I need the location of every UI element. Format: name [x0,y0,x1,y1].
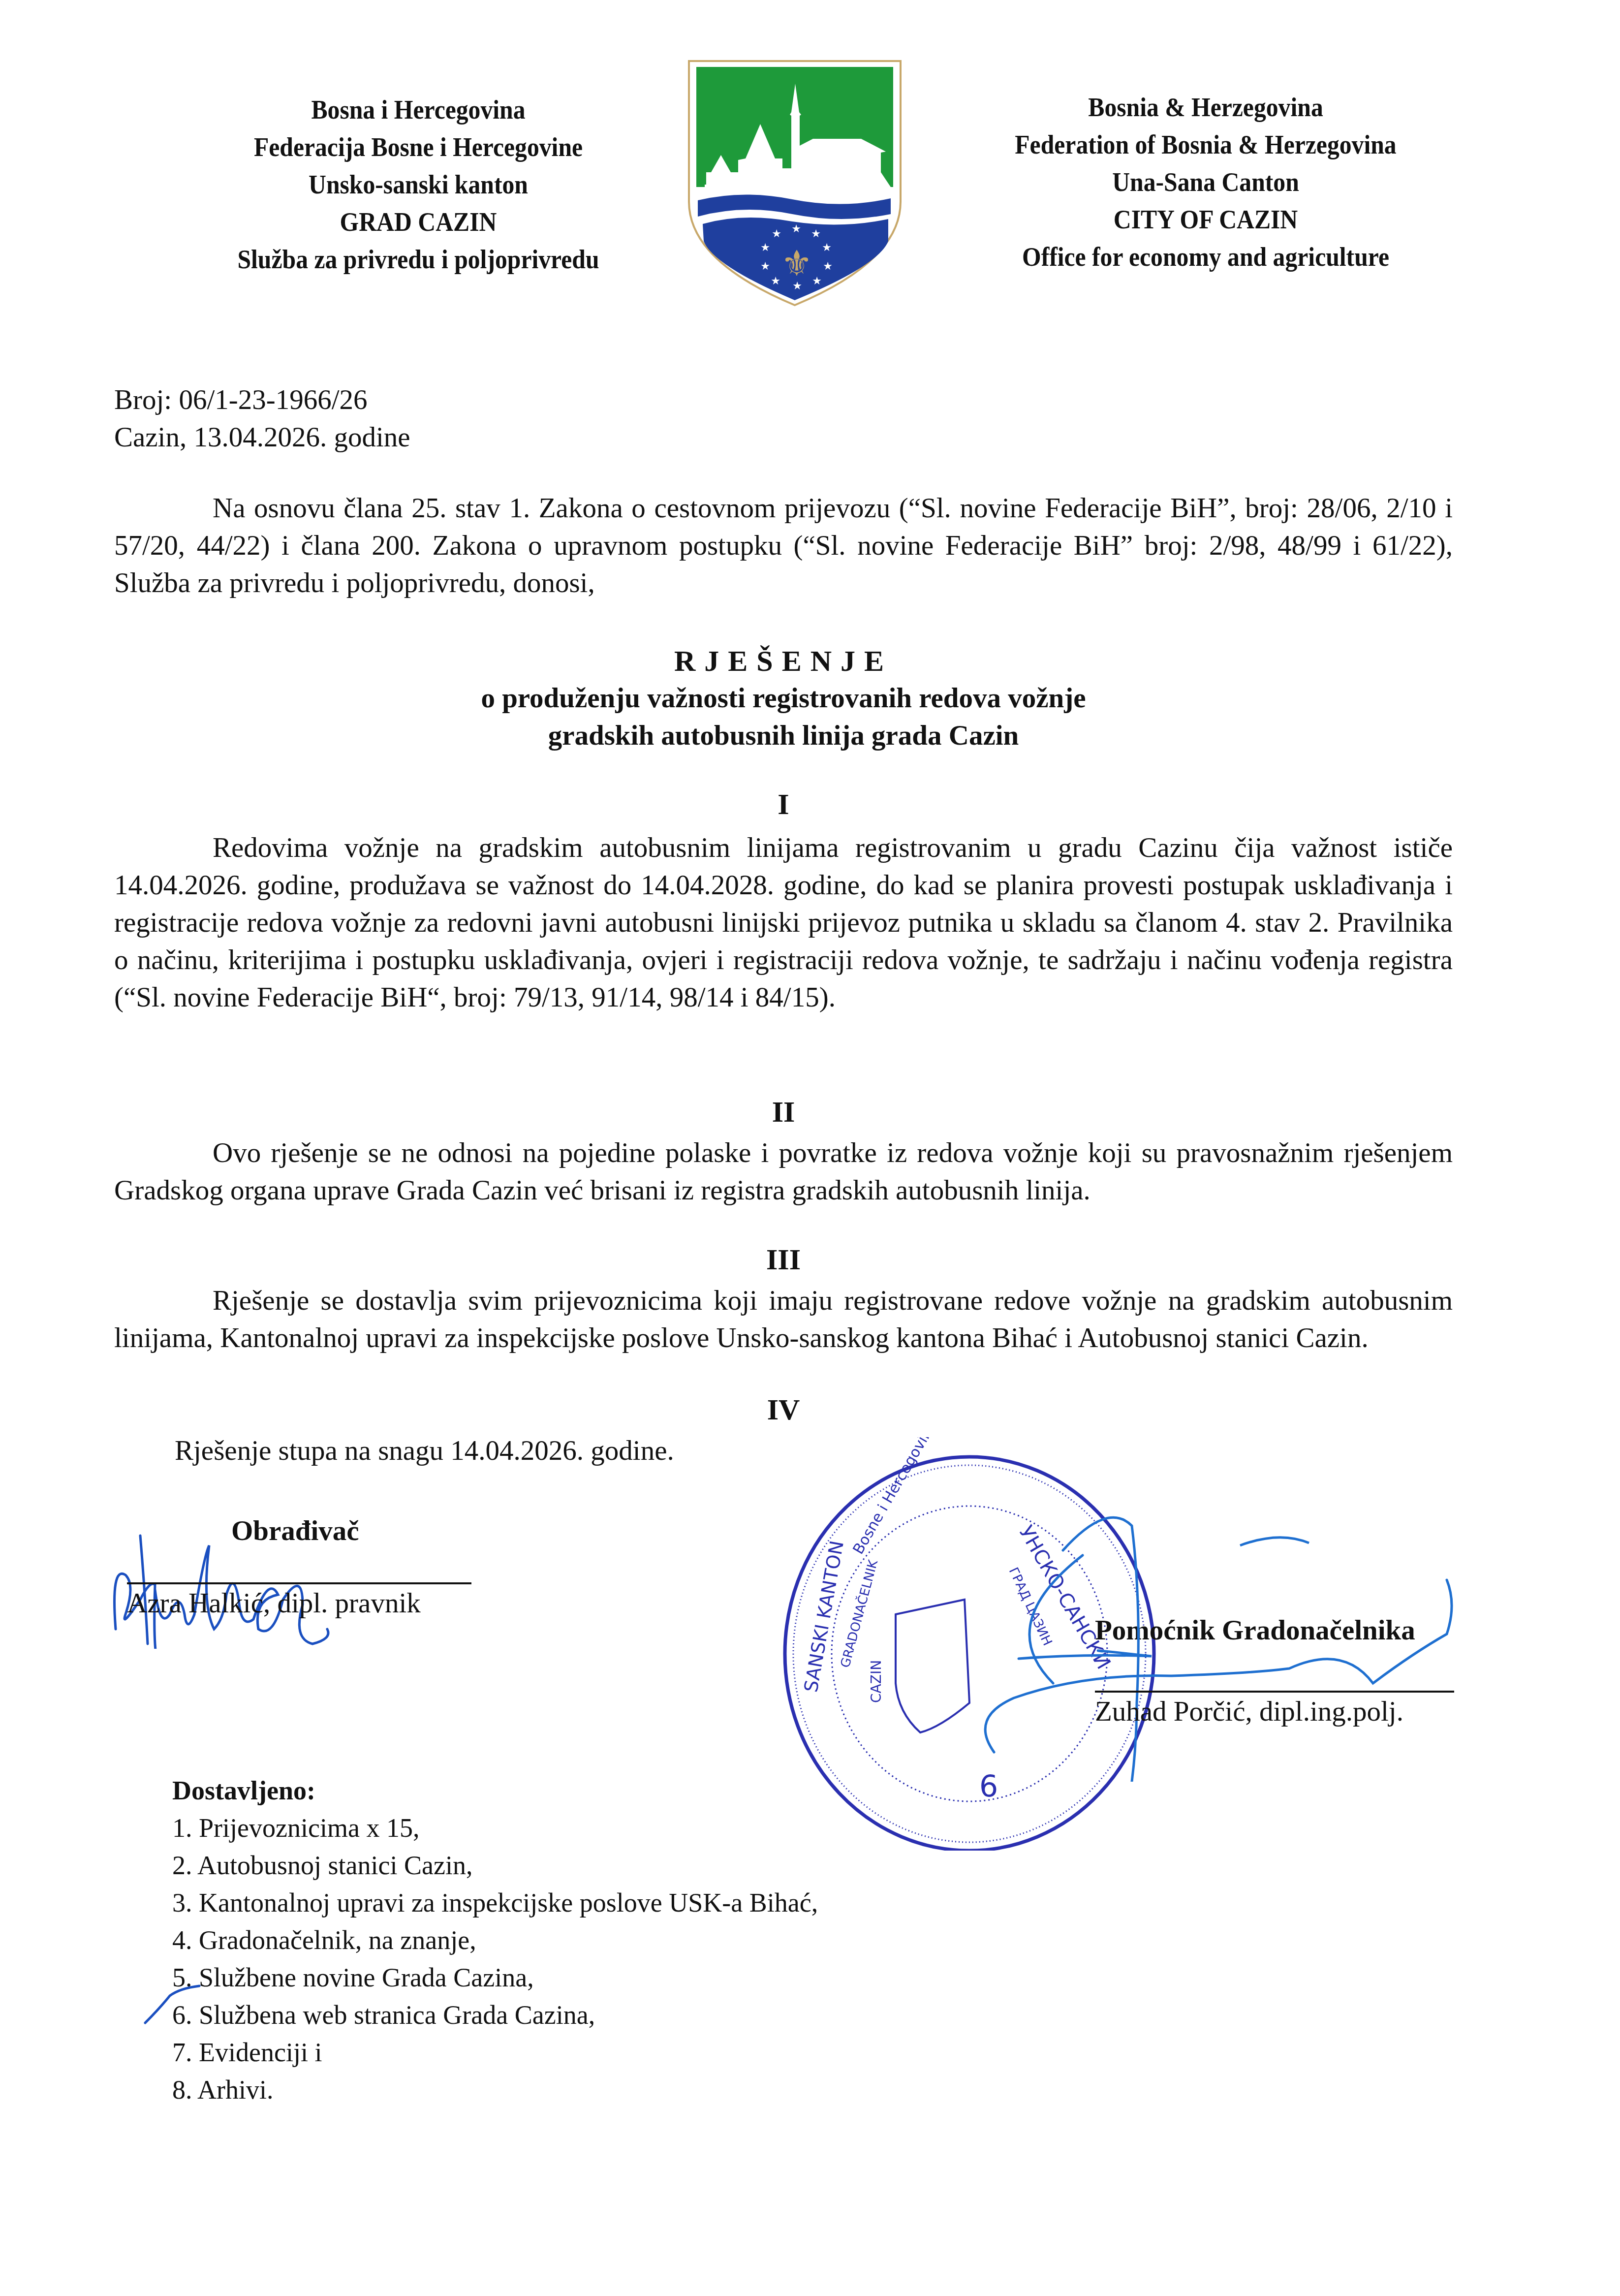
assistant-mayor-name: Zuhad Porčić, dipl.ing.polj. [1095,1696,1403,1728]
document-number: Broj: 06/1-23-1966/26 [114,381,410,419]
distribution-item: 1. Prijevoznicima x 15, [172,1809,818,1847]
section-text: Rješenje se dostavlja svim prijevoznicim… [114,1282,1453,1357]
section-text: Rješenje stupa na snagu 14.04.2026. godi… [175,1435,674,1467]
checkmark-icon [140,1983,204,2028]
section-body: Rješenje se dostavlja svim prijevoznicim… [114,1285,1453,1353]
svg-text:★: ★ [772,228,781,240]
header-right-line: Bosnia & Herzegovina [957,89,1455,126]
header-right-line: Federation of Bosnia & Herzegovina [957,126,1455,163]
decision-title-line1: o produženju važnosti registrovanih redo… [114,680,1453,717]
header-right-line: Una-Sana Canton [957,163,1455,201]
header-left-line: Bosna i Hercegovina [174,91,663,128]
header-left-line: Unsko-sanski kanton [174,166,663,203]
section-number: II [114,1095,1453,1129]
header-left-line: GRAD CAZIN [174,203,663,241]
intro-text: Na osnovu člana 25. stav 1. Zakona o ces… [114,493,1453,598]
distribution-item: 6. Službena web stranica Grada Cazina, [172,1996,818,2034]
distribution-item: 8. Arhivi. [172,2071,818,2108]
decision-title-main: RJEŠENJE [114,642,1453,680]
distribution-item: 4. Gradonačelnik, na znanje, [172,1921,818,1959]
intro-paragraph: Na osnovu člana 25. stav 1. Zakona o ces… [114,490,1453,602]
assistant-signature-icon [807,1506,1585,1782]
svg-text:★: ★ [771,275,780,287]
header-left-line: Služba za privredu i poljoprivredu [174,241,663,278]
header-right-line: CITY OF CAZIN [957,201,1455,238]
header-right-line: Office for economy and agriculture [957,238,1455,276]
document-place-date: Cazin, 13.04.2026. godine [114,419,410,456]
svg-text:★: ★ [760,242,770,254]
svg-text:★: ★ [791,223,801,235]
svg-text:★: ★ [812,275,822,287]
distribution-list: Dostavljeno: 1. Prijevoznicima x 15, 2. … [172,1772,818,2108]
section-body: Redovima vožnje na gradskim autobusnim l… [114,832,1453,1013]
header-left-block: Bosna i Hercegovina Federacija Bosne i H… [174,91,663,278]
distribution-item: 3. Kantonalnoj upravi za inspekcijske po… [172,1884,818,1921]
distribution-item: 5. Službene novine Grada Cazina, [172,1959,818,1996]
section-number: III [114,1243,1453,1277]
svg-text:★: ★ [811,228,821,240]
section-number: IV [114,1393,1453,1427]
svg-text:★: ★ [760,260,770,273]
header-right-block: Bosnia & Herzegovina Federation of Bosni… [957,89,1455,276]
svg-text:★: ★ [823,260,833,273]
header-left-line: Federacija Bosne i Hercegovine [174,128,663,166]
svg-text:⚜: ⚜ [781,243,813,284]
processor-name: Azra Halkić, dipl. pravnik [127,1587,421,1619]
distribution-item: 2. Autobusnoj stanici Cazin, [172,1847,818,1884]
distribution-list-title: Dostavljeno: [172,1772,818,1809]
distribution-item: 7. Evidenciji i [172,2034,818,2071]
decision-title: RJEŠENJE o produženju važnosti registrov… [114,642,1453,755]
coat-of-arms-icon: ★★★ ★★ ★★ ★★★ ⚜ [684,54,930,315]
document-meta: Broj: 06/1-23-1966/26 Cazin, 13.04.2026.… [114,381,410,456]
svg-text:★: ★ [822,242,832,254]
processor-signature-line [127,1582,471,1584]
section-text: Redovima vožnje na gradskim autobusnim l… [114,829,1453,1016]
assistant-signature-line [1095,1691,1454,1693]
section-body: Ovo rješenje se ne odnosi na pojedine po… [114,1137,1453,1206]
decision-title-line2: gradskih autobusnih linija grada Cazin [114,717,1453,755]
section-number: I [114,787,1453,821]
section-text: Ovo rješenje se ne odnosi na pojedine po… [114,1134,1453,1209]
